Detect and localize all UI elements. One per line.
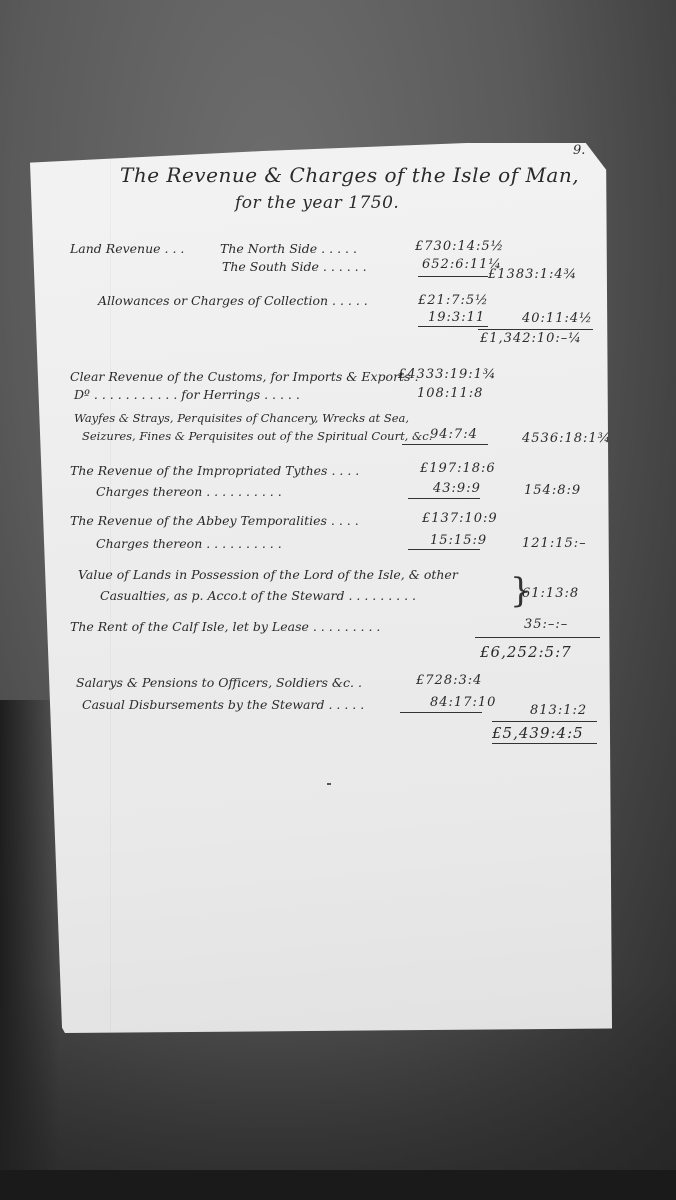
lands-label-line1: Value of Lands in Possession of the Lord… xyxy=(78,567,458,582)
tythes-charges-amount: 43:9:9 xyxy=(433,481,481,496)
subtotal-rule xyxy=(418,326,488,327)
subtotal-rule xyxy=(408,498,480,499)
disbursements-total: 813:1:2 xyxy=(530,703,587,718)
wayfes-label-line2: Seizures, Fines & Perquisites out of the… xyxy=(82,429,432,443)
land-net-total: £1,342:10:–¼ xyxy=(480,331,582,346)
total-rule xyxy=(478,329,593,330)
casual-label: Casual Disbursements by the Steward . . … xyxy=(82,697,364,712)
allowances-total: 40:11:4½ xyxy=(522,311,593,326)
total-rule xyxy=(475,637,600,638)
land-revenue-total: £1383:1:4¾ xyxy=(488,267,577,282)
grand-total: £6,252:5:7 xyxy=(480,643,572,661)
salarys-label: Salarys & Pensions to Officers, Soldiers… xyxy=(76,675,362,690)
page-title-line2: for the year 1750. xyxy=(235,193,399,213)
desk-edge xyxy=(0,1170,676,1200)
lands-label-line2: Casualties, as p. Acco.t of the Steward … xyxy=(100,588,416,603)
folio-number: 9. xyxy=(573,143,585,158)
subtotal-rule xyxy=(402,444,488,445)
tythes-charges-label: Charges thereon . . . . . . . . . . xyxy=(96,484,282,499)
wayfes-label-line1: Wayfes & Strays, Perquisites of Chancery… xyxy=(74,411,409,425)
tythes-label: The Revenue of the Impropriated Tythes .… xyxy=(70,463,359,478)
tythes-amount: £197:18:6 xyxy=(420,461,496,476)
herrings-label: Dº . . . . . . . . . . . for Herrings . … xyxy=(74,387,300,402)
north-side-amount: £730:14:5½ xyxy=(415,239,504,254)
lands-amount: 61:13:8 xyxy=(522,586,579,601)
subtotal-rule xyxy=(400,712,482,713)
north-side-label: The North Side . . . . . xyxy=(220,241,357,256)
allowances-label: Allowances or Charges of Collection . . … xyxy=(98,293,368,308)
page-title-line1: The Revenue & Charges of the Isle of Man… xyxy=(120,163,579,187)
net-total: £5,439:4:5 xyxy=(492,724,584,742)
land-revenue-label: Land Revenue . . . xyxy=(70,241,184,256)
total-rule xyxy=(492,743,597,744)
abbey-net: 121:15:– xyxy=(522,536,587,551)
south-side-label: The South Side . . . . . . xyxy=(222,259,367,274)
herrings-amount: 108:11:8 xyxy=(417,386,483,401)
subtotal-rule xyxy=(408,549,480,550)
abbey-charges-label: Charges thereon . . . . . . . . . . xyxy=(96,536,282,551)
customs-label: Clear Revenue of the Customs, for Import… xyxy=(70,369,418,384)
total-rule xyxy=(492,721,597,722)
abbey-charges-amount: 15:15:9 xyxy=(430,533,487,548)
calf-isle-label: The Rent of the Calf Isle, let by Lease … xyxy=(70,619,380,634)
casual-amount: 84:17:10 xyxy=(430,695,496,710)
abbey-label: The Revenue of the Abbey Temporalities .… xyxy=(70,513,359,528)
ink-speck xyxy=(327,783,331,785)
customs-amount: £4333:19:1¾ xyxy=(398,367,497,382)
customs-total: 4536:18:1¾ xyxy=(522,431,611,446)
allowances-amount1: £21:7:5½ xyxy=(418,293,489,308)
abbey-amount: £137:10:9 xyxy=(422,511,498,526)
allowances-amount2: 19:3:11 xyxy=(428,310,485,325)
manuscript-page: 9. The Revenue & Charges of the Isle of … xyxy=(30,143,612,1033)
tythes-net: 154:8:9 xyxy=(524,483,581,498)
wayfes-amount: 94:7:4 xyxy=(430,427,478,442)
calf-isle-amount: 35:–:– xyxy=(524,617,568,632)
salarys-amount: £728:3:4 xyxy=(416,673,482,688)
subtotal-rule xyxy=(418,276,488,277)
